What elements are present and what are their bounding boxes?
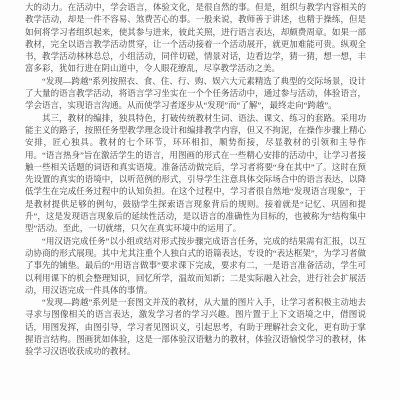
paragraph-4: “用汉语完成任务”以小组或结对形式按步骤完成语言任务，完成的结果需有汇报，以互动… [25,235,366,296]
page-text-block: 大的动力。在活动中，学会语言，体验文化，是很自然的事。但是，组织与教学内容相关的… [25,1,366,358]
paragraph-3: 其三，教材的编排，独具特色，打破传统教材生词、语法、课文、练习的套路。采用功能主… [25,112,366,235]
document-page: 大的动力。在活动中，学会语言，体验文化，是很自然的事。但是，组织与教学内容相关的… [0,0,400,400]
document-viewport: 大的动力。在活动中，学会语言，体验文化，是很自然的事。但是，组织与教学内容相关的… [0,0,400,400]
paragraph-1-continued: 大的动力。在活动中，学会语言，体验文化，是很自然的事。但是，组织与教学内容相关的… [25,1,366,75]
paragraph-5: “发现—跨越”系列是一套图文并茂的教材，从大量的图片入手，让学习者积极主动地去寻… [25,296,366,357]
paragraph-2: “发现—跨越”系列按照衣、食、住、行、购、娱六大元素精选了典型的交际场景，设计了… [25,75,366,112]
